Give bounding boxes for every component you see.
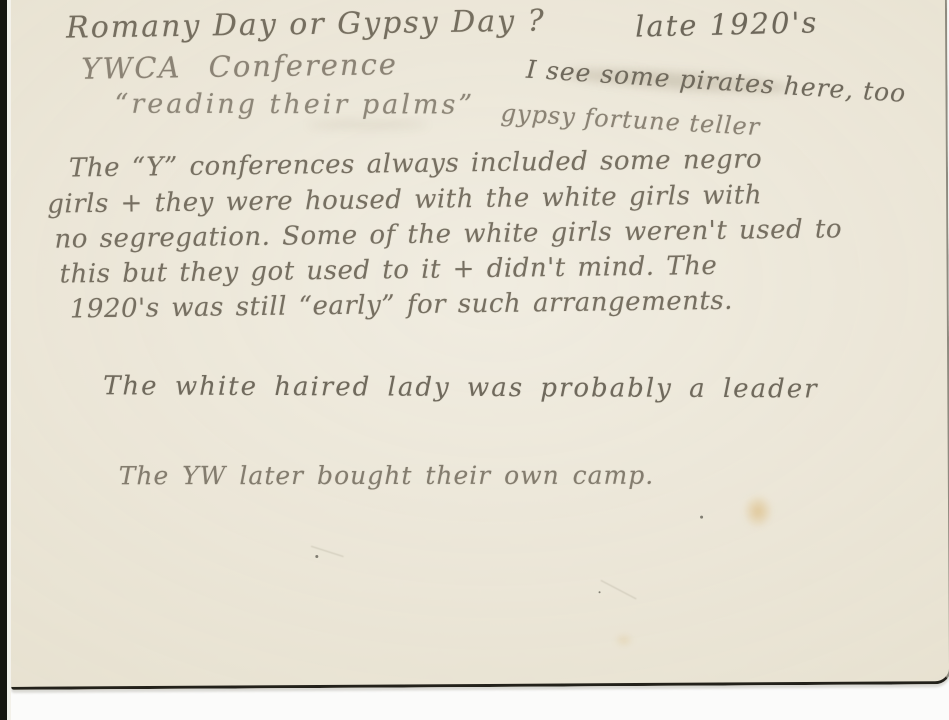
paper-scratch: [601, 580, 637, 599]
camp-note: The YW later bought their own camp.: [119, 461, 654, 490]
paragraph-line: 1920's was still “early” for such arrang…: [70, 286, 733, 325]
paper-speck: [315, 555, 318, 558]
pirates-note: I see some pirates here, too: [525, 55, 907, 108]
date-note: late 1920's: [635, 5, 819, 43]
paper-stain: [611, 631, 637, 649]
photo-back-card: Romany Day or Gypsy Day ? late 1920's YW…: [7, 0, 949, 690]
scanned-photo-back: Romany Day or Gypsy Day ? late 1920's YW…: [0, 0, 949, 720]
paragraph-line: this but they got used to it + didn't mi…: [60, 251, 718, 290]
paper-speck: [599, 591, 601, 593]
organization-note: YWCA Conference: [81, 47, 398, 86]
pencil-smudge: [308, 120, 428, 129]
paper-speck: [700, 516, 703, 519]
title-note: Romany Day or Gypsy Day ?: [66, 3, 546, 45]
paper-stain: [738, 488, 778, 534]
paragraph-line: no segregation. Some of the white girls …: [54, 214, 842, 254]
scanner-edge-strip: [0, 0, 7, 720]
fortune-teller-note: gypsy fortune teller: [500, 99, 761, 141]
leader-note: The white haired lady was probably a lea…: [103, 371, 819, 404]
palms-quote-note: “reading their palms”: [115, 89, 476, 121]
paragraph-line: girls + they were housed with the white …: [47, 180, 762, 219]
scanner-edge-sliver: [7, 0, 11, 720]
paragraph-line: The “Y” conferences always included some…: [69, 144, 763, 183]
